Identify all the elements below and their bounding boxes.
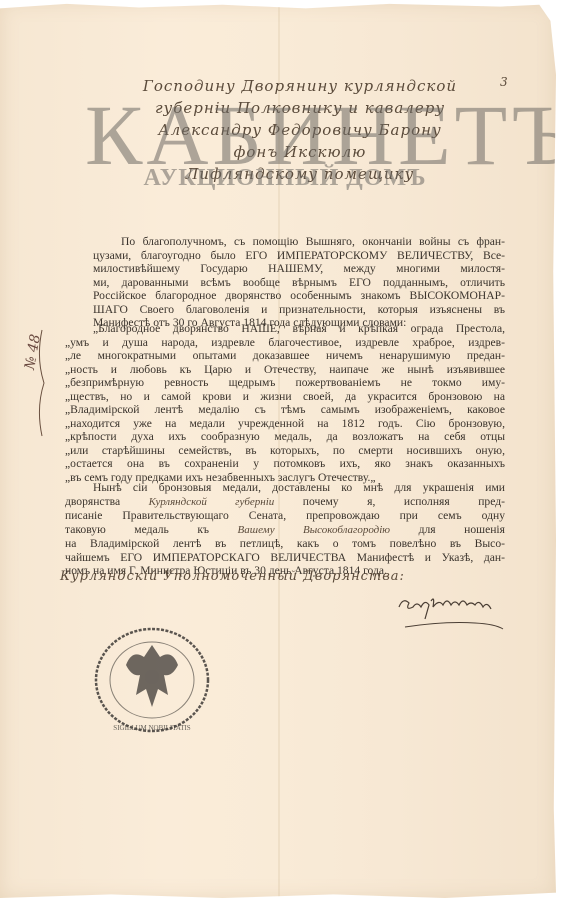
text-line: ШАГО Своего благоволенія и признательнос… [65,303,505,317]
text-line: „умъ и душа народа, издревле благочестив… [65,336,505,350]
paragraph-manifesto-quote: „Благородное дворянство НАШЕ, вѣрная и к… [65,322,505,484]
text-line: милостивѣйшему Государю НАШЕМУ, между мн… [65,262,505,276]
text-line: „остается она въ сохраненіи у потомковъ … [65,457,505,471]
address-line: Господину Дворянину курляндской [100,75,500,97]
text-line: „ле многократными опытами доказавшее нич… [65,349,505,363]
text-line: Россійское благородное дворянство особен… [65,289,505,303]
text-line: „ность и любовь къ Царю и Отечеству, наи… [65,363,505,377]
text-fragment: дворянства [65,495,120,508]
svg-text:SIGILLUM NOBILITATIS: SIGILLUM NOBILITATIS [113,724,191,732]
text-line: цузами, благоугодно было ЕГО ИМПЕРАТОРСК… [65,249,505,263]
address-line: губерніи Полковнику и кавалеру [100,97,500,119]
text-line: „крѣпости духа ихъ сообразную медаль, да… [65,430,505,444]
text-line: чайшемъ ЕГО ИМПЕРАТОРСКАГО ВЕЛИЧЕСТВА Ма… [65,551,505,565]
text-line-with-insertion: дворянства Курляндской губерніи почему я… [65,495,505,510]
handwritten-insertion-title: Вашему Высокоблагородію [238,524,391,536]
address-line: фонъ Икскюлю [100,141,500,163]
text-line: По благополучномъ, съ помощію Вышняго, о… [65,235,505,249]
handwritten-address: Господину Дворянину курляндской губерніи… [100,75,500,185]
handwritten-insertion-province: Курляндской губерніи [149,496,275,508]
text-line: на Владимірской лентѣ въ петлицѣ, какъ о… [65,537,505,551]
signature-icon: Baron Ulrich von der Mühlen [395,593,510,635]
text-line: писаніе Правительствующаго Сената, препр… [65,509,505,523]
document-paper: 3 Господину Дворянину курляндской губерн… [0,3,556,898]
text-line: „находится уже на медали учрежденной на … [65,417,505,431]
text-line: „или старѣйшины семействъ, въ которыхъ, … [65,444,505,458]
text-line: Нынѣ сіи бронзовыя медали, доставлены ко… [65,481,505,495]
text-line: „безпримѣрную ревность щедрымъ пожертвов… [65,376,505,390]
text-line: „Владимірской лентѣ медалію съ тѣмъ самы… [65,403,505,417]
address-line: Лифляндскому помещику [100,163,500,185]
paragraph-dispatch: Нынѣ сіи бронзовыя медали, доставлены ко… [65,481,505,578]
paragraph-intro: По благополучномъ, съ помощію Вышняго, о… [65,235,505,330]
text-line-with-insertion: таковую медаль къ Вашему Высокоблагороді… [65,523,505,538]
handwritten-closing: Курляндскій Уполномоченный Дворянства: [60,569,405,584]
margin-note: № 48 [20,328,50,438]
text-fragment: почему я, исполняя пред- [303,495,505,508]
text-fragment: таковую медаль къ [65,523,209,536]
page-number: 3 [500,75,509,89]
text-fragment: для ношенія [419,523,505,536]
text-line: „ществъ, но и самой крови и жизни своей,… [65,390,505,404]
address-line: Александру Федоровичу Барону [100,119,500,141]
text-line: ми, дарованными всѣмъ вообще вѣрнымъ ЕГО… [65,276,505,290]
imperial-eagle-seal-icon: SIGILLUM NOBILITATIS [92,625,212,735]
text-line: „Благородное дворянство НАШЕ, вѣрная и к… [65,322,505,336]
